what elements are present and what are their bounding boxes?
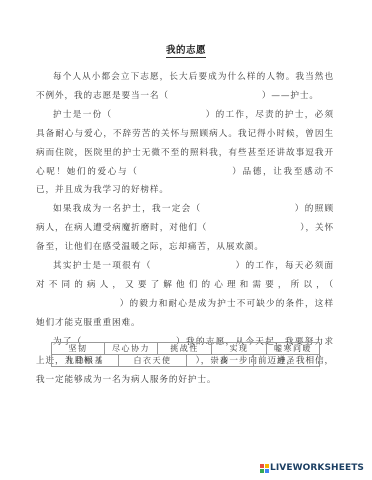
word-bank-cell: 白衣天使 [119,355,187,367]
text-segment: 其实护士是一项很有（ [53,261,152,271]
answer-blank[interactable] [201,200,294,219]
word-bank-cell: 嘘寒问暖 [267,343,320,355]
word-bank-cell: 神圣 [254,355,320,367]
word-bank-cell: 扎稳根基 [52,355,119,367]
word-bank-cell: 尽心协力 [105,343,158,355]
logo-text: LIVEWORKSHEETS [270,463,364,473]
word-bank-cell: 挑战性 [158,343,212,355]
word-bank-table: 坚韧 尽心协力 挑战性 实现 嘘寒问暖 扎稳根基 白衣天使 崇高 神圣 [51,342,320,367]
paragraph-1: 每个人从小都会立下志愿，长大后要成为什么样的人物。我当然也不例外，我的志愿是要当… [36,68,334,106]
text-segment: 护士是一份（ [53,110,112,120]
paragraph-2: 护士是一份（ ）的工作，尽责的护士，必须具备耐心与爱心，不辞劳苦的关怀与照顾病人… [36,106,334,201]
word-bank-row-1: 坚韧 尽心协力 挑战性 实现 嘘寒问暖 [51,342,320,355]
text-segment: ）——护士。 [262,91,319,101]
answer-blank[interactable] [207,219,300,238]
word-bank-row-2: 扎稳根基 白衣天使 崇高 神圣 [51,355,320,367]
answer-blank[interactable] [152,257,235,276]
title-text: 我的志愿 [166,45,206,58]
word-bank-cell: 坚韧 [52,343,105,355]
word-bank-cell: 实现 [212,343,267,355]
paragraph-4: 其实护士是一项很有（ ）的工作，每天必须面对不同的病人，又要了解他们的心理和需要… [36,257,334,333]
text-segment: 如果我成为一名护士，我一定会（ [53,204,201,214]
worksheet-title: 我的志愿 [0,42,372,56]
liveworksheets-logo-icon [260,464,269,473]
answer-blank[interactable] [139,163,232,182]
answer-blank[interactable] [36,295,119,314]
answer-blank[interactable] [112,106,205,125]
word-bank-cell: 崇高 [187,355,254,367]
paragraph-3: 如果我成为一名护士，我一定会（ ）的照顾病人，在病人遭受病魔折磨时，对他们（ ）… [36,200,334,257]
answer-blank[interactable] [169,87,262,106]
liveworksheets-logo: LIVEWORKSHEETS [260,463,364,473]
